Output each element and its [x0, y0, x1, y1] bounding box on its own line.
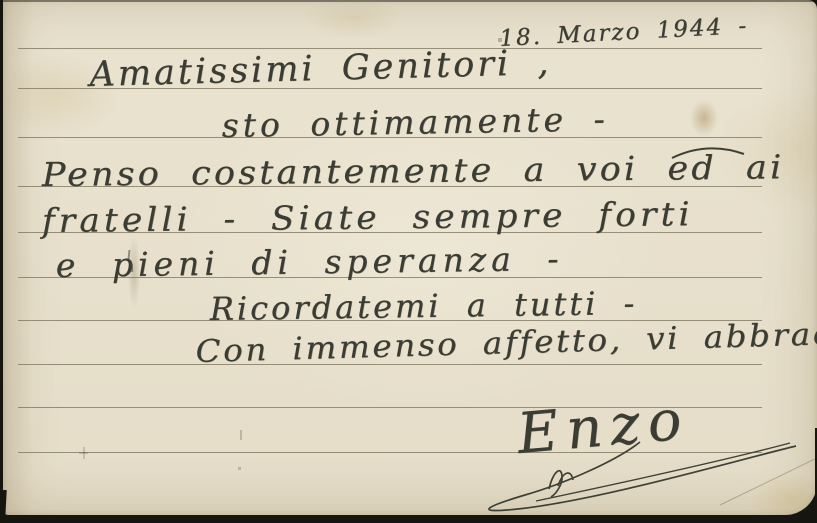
handwriting-line: fratelli - Siate sempre forti	[42, 197, 694, 237]
pencil-mark	[240, 430, 242, 440]
handwriting-line: Ricordatemi a tutti -	[210, 287, 638, 325]
ink-speck	[238, 467, 241, 470]
handwriting-line: e pieni di speranza -	[56, 242, 564, 282]
handwriting-line: Penso costantemente a voi ed ai	[42, 150, 785, 191]
scanned-postcard: 18. Marzo 1944 - Amatissimi Genitori , s…	[0, 0, 817, 523]
scan-edge-top	[0, 0, 817, 2]
ink-speck	[498, 38, 502, 42]
pencil-mark	[83, 447, 85, 459]
signature: Enzo	[515, 392, 691, 463]
handwriting-line: sto ottimamente -	[221, 102, 609, 142]
